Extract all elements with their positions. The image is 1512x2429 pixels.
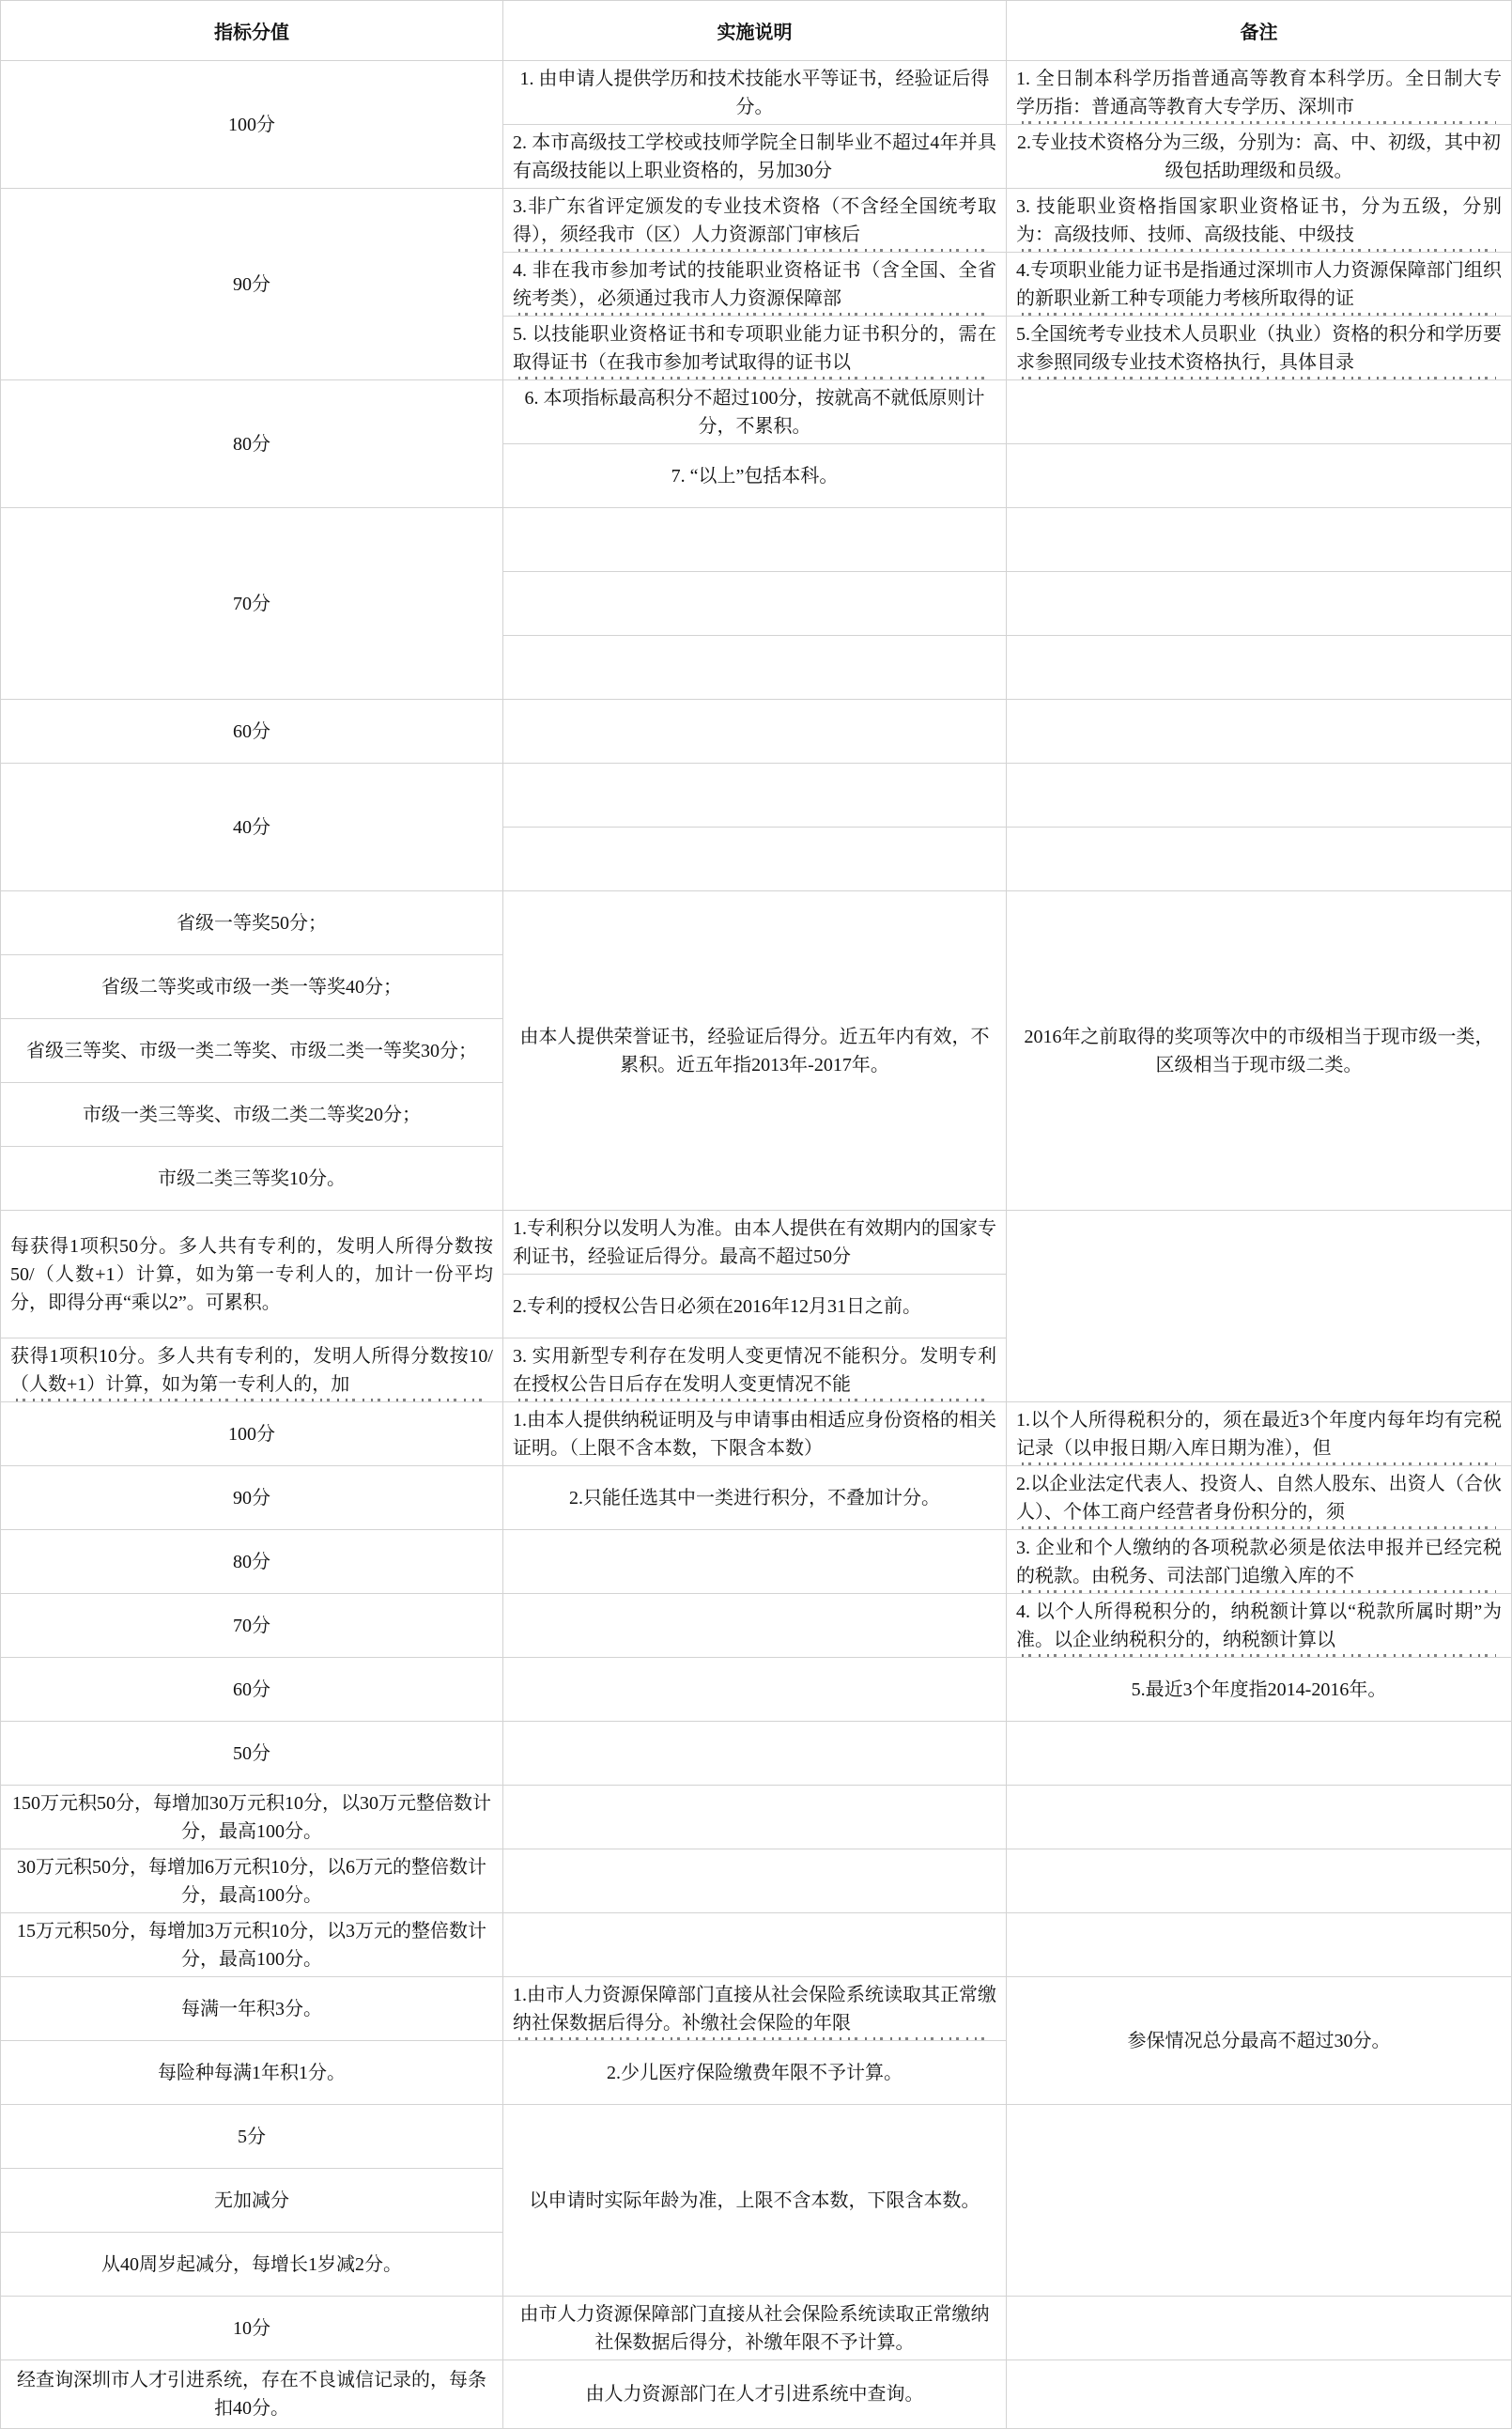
implementation-cell bbox=[503, 1849, 1006, 1913]
implementation-cell: 2.专利的授权公告日必须在2016年12月31日之前。 bbox=[503, 1275, 1006, 1338]
implementation-cell: 7. “以上”包括本科。 bbox=[503, 444, 1006, 508]
remarks-cell: 3. 企业和个人缴纳的各项税款必须是依法申报并已经完税的税款。由税务、司法部门追… bbox=[1007, 1530, 1511, 1594]
score-cell: 60分 bbox=[1, 1658, 502, 1722]
remarks-cell bbox=[1007, 572, 1511, 636]
score-cell: 80分 bbox=[1, 380, 502, 508]
score-cell: 获得1项积10分。多人共有专利的，发明人所得分数按10/（人数+1）计算，如为第… bbox=[1, 1338, 502, 1402]
implementation-cell: 以申请时实际年龄为准，上限不含本数，下限含本数。 bbox=[503, 2105, 1006, 2297]
remarks-cell: 5.全国统考专业技术人员职业（执业）资格的积分和学历要求参照同级专业技术资格执行… bbox=[1007, 317, 1511, 380]
remarks-cell bbox=[1007, 2105, 1511, 2297]
score-cell: 从40周岁起减分，每增长1岁减2分。 bbox=[1, 2233, 502, 2297]
implementation-cell bbox=[503, 508, 1006, 572]
score-cell: 市级二类三等奖10分。 bbox=[1, 1147, 502, 1211]
remarks-cell bbox=[1007, 636, 1511, 700]
implementation-cell bbox=[503, 1913, 1006, 1977]
implementation-cell bbox=[503, 828, 1006, 891]
implementation-cell: 3.非广东省评定颁发的专业技术资格（不含经全国统考取得），须经我市（区）人力资源… bbox=[503, 189, 1006, 253]
score-cell: 90分 bbox=[1, 189, 502, 380]
score-cell: 80分 bbox=[1, 1530, 502, 1594]
score-cell: 每获得1项积50分。多人共有专利的，发明人所得分数按50/（人数+1）计算，如为… bbox=[1, 1211, 502, 1338]
score-cell: 省级二等奖或市级一类一等奖40分； bbox=[1, 955, 502, 1019]
score-cell: 10分 bbox=[1, 2297, 502, 2360]
remarks-cell: 2016年之前取得的奖项等次中的市级相当于现市级一类，区级相当于现市级二类。 bbox=[1007, 891, 1511, 1211]
score-cell: 60分 bbox=[1, 700, 502, 764]
score-cell: 40分 bbox=[1, 764, 502, 891]
remarks-cell: 4.专项职业能力证书是指通过深圳市人力资源保障部门组织的新职业新工种专项能力考核… bbox=[1007, 253, 1511, 317]
score-cell: 100分 bbox=[1, 61, 502, 189]
remarks-cell: 1.以个人所得税积分的，须在最近3个年度内每年均有完税记录（以申报日期/入库日期… bbox=[1007, 1402, 1511, 1466]
remarks-cell bbox=[1007, 2297, 1511, 2360]
remarks-cell: 3. 技能职业资格指国家职业资格证书，分为五级，分别为：高级技师、技师、高级技能… bbox=[1007, 189, 1511, 253]
implementation-cell: 2. 本市高级技工学校或技师学院全日制毕业不超过4年并具有高级技能以上职业资格的… bbox=[503, 125, 1006, 189]
remarks-cell bbox=[1007, 380, 1511, 444]
remarks-cell bbox=[1007, 1211, 1511, 1402]
header-implementation: 实施说明 bbox=[503, 1, 1007, 60]
remarks-cell bbox=[1007, 764, 1511, 828]
remarks-cell bbox=[1007, 1849, 1511, 1913]
implementation-cell: 2.少儿医疗保险缴费年限不予计算。 bbox=[503, 2041, 1006, 2105]
remarks-cell: 4. 以个人所得税积分的，纳税额计算以“税款所属时期”为准。以企业纳税积分的，纳… bbox=[1007, 1594, 1511, 1658]
remarks-cell bbox=[1007, 2360, 1511, 2428]
remarks-cell: 5.最近3个年度指2014-2016年。 bbox=[1007, 1658, 1511, 1722]
implementation-cell bbox=[503, 1530, 1006, 1594]
table-header-row: 指标分值 实施说明 备注 bbox=[1, 1, 1511, 61]
column-implementation: 1. 由申请人提供学历和技术技能水平等证书，经验证后得分。2. 本市高级技工学校… bbox=[503, 61, 1007, 2428]
column-score: 100分90分80分70分60分40分省级一等奖50分；省级二等奖或市级一类一等… bbox=[1, 61, 503, 2428]
remarks-cell bbox=[1007, 1913, 1511, 1977]
score-cell: 无加减分 bbox=[1, 2169, 502, 2233]
score-cell: 70分 bbox=[1, 508, 502, 700]
implementation-cell: 1.由市人力资源保障部门直接从社会保险系统读取其正常缴纳社保数据后得分。补缴社会… bbox=[503, 1977, 1006, 2041]
score-cell: 150万元积50分，每增加30万元积10分，以30万元整倍数计分，最高100分。 bbox=[1, 1786, 502, 1849]
score-cell: 每险种每满1年积1分。 bbox=[1, 2041, 502, 2105]
score-cell: 50分 bbox=[1, 1722, 502, 1786]
score-cell: 经查询深圳市人才引进系统，存在不良诚信记录的，每条扣40分。 bbox=[1, 2360, 502, 2428]
implementation-cell bbox=[503, 572, 1006, 636]
score-cell: 90分 bbox=[1, 1466, 502, 1530]
score-cell: 省级三等奖、市级一类二等奖、市级二类一等奖30分； bbox=[1, 1019, 502, 1083]
score-cell: 15万元积50分，每增加3万元积10分，以3万元的整倍数计分，最高100分。 bbox=[1, 1913, 502, 1977]
implementation-cell: 4. 非在我市参加考试的技能职业资格证书（含全国、全省统考类），必须通过我市人力… bbox=[503, 253, 1006, 317]
remarks-cell: 参保情况总分最高不超过30分。 bbox=[1007, 1977, 1511, 2105]
implementation-cell bbox=[503, 1722, 1006, 1786]
remarks-cell: 2.专业技术资格分为三级，分别为：高、中、初级，其中初级包括助理级和员级。 bbox=[1007, 125, 1511, 189]
implementation-cell: 由本人提供荣誉证书，经验证后得分。近五年内有效，不累积。近五年指2013年-20… bbox=[503, 891, 1006, 1211]
remarks-cell: 2.以企业法定代表人、投资人、自然人股东、出资人（合伙人）、个体工商户经营者身份… bbox=[1007, 1466, 1511, 1530]
remarks-cell: 1. 全日制本科学历指普通高等教育本科学历。全日制大专学历指：普通高等教育大专学… bbox=[1007, 61, 1511, 125]
remarks-cell bbox=[1007, 700, 1511, 764]
implementation-cell: 6. 本项指标最高积分不超过100分，按就高不就低原则计分，不累积。 bbox=[503, 380, 1006, 444]
implementation-cell: 1.由本人提供纳税证明及与申请事由相适应身份资格的相关证明。（上限不含本数，下限… bbox=[503, 1402, 1006, 1466]
implementation-cell: 2.只能任选其中一类进行积分，不叠加计分。 bbox=[503, 1466, 1006, 1530]
header-score: 指标分值 bbox=[1, 1, 503, 60]
remarks-cell bbox=[1007, 444, 1511, 508]
implementation-cell: 1.专利积分以发明人为准。由本人提供在有效期内的国家专利证书，经验证后得分。最高… bbox=[503, 1211, 1006, 1275]
implementation-cell: 3. 实用新型专利存在发明人变更情况不能积分。发明专利在授权公告日后存在发明人变… bbox=[503, 1338, 1006, 1402]
implementation-cell: 1. 由申请人提供学历和技术技能水平等证书，经验证后得分。 bbox=[503, 61, 1006, 125]
header-remarks: 备注 bbox=[1007, 1, 1511, 60]
remarks-cell bbox=[1007, 1786, 1511, 1849]
implementation-cell bbox=[503, 1594, 1006, 1658]
score-cell: 30万元积50分，每增加6万元积10分，以6万元的整倍数计分，最高100分。 bbox=[1, 1849, 502, 1913]
points-table: 指标分值 实施说明 备注 100分90分80分70分60分40分省级一等奖50分… bbox=[0, 0, 1512, 2429]
remarks-cell bbox=[1007, 508, 1511, 572]
implementation-cell: 由人力资源部门在人才引进系统中查询。 bbox=[503, 2360, 1006, 2428]
implementation-cell: 由市人力资源保障部门直接从社会保险系统读取正常缴纳社保数据后得分，补缴年限不予计… bbox=[503, 2297, 1006, 2360]
score-cell: 70分 bbox=[1, 1594, 502, 1658]
remarks-cell bbox=[1007, 828, 1511, 891]
column-remarks: 1. 全日制本科学历指普通高等教育本科学历。全日制大专学历指：普通高等教育大专学… bbox=[1007, 61, 1511, 2428]
remarks-cell bbox=[1007, 1722, 1511, 1786]
score-cell: 市级一类三等奖、市级二类二等奖20分； bbox=[1, 1083, 502, 1147]
implementation-cell bbox=[503, 1786, 1006, 1849]
score-cell: 5分 bbox=[1, 2105, 502, 2169]
implementation-cell: 5. 以技能职业资格证书和专项职业能力证书积分的，需在取得证书（在我市参加考试取… bbox=[503, 317, 1006, 380]
implementation-cell bbox=[503, 700, 1006, 764]
table-body: 100分90分80分70分60分40分省级一等奖50分；省级二等奖或市级一类一等… bbox=[1, 61, 1511, 2428]
implementation-cell bbox=[503, 1658, 1006, 1722]
score-cell: 100分 bbox=[1, 1402, 502, 1466]
score-cell: 每满一年积3分。 bbox=[1, 1977, 502, 2041]
score-cell: 省级一等奖50分； bbox=[1, 891, 502, 955]
implementation-cell bbox=[503, 636, 1006, 700]
implementation-cell bbox=[503, 764, 1006, 828]
